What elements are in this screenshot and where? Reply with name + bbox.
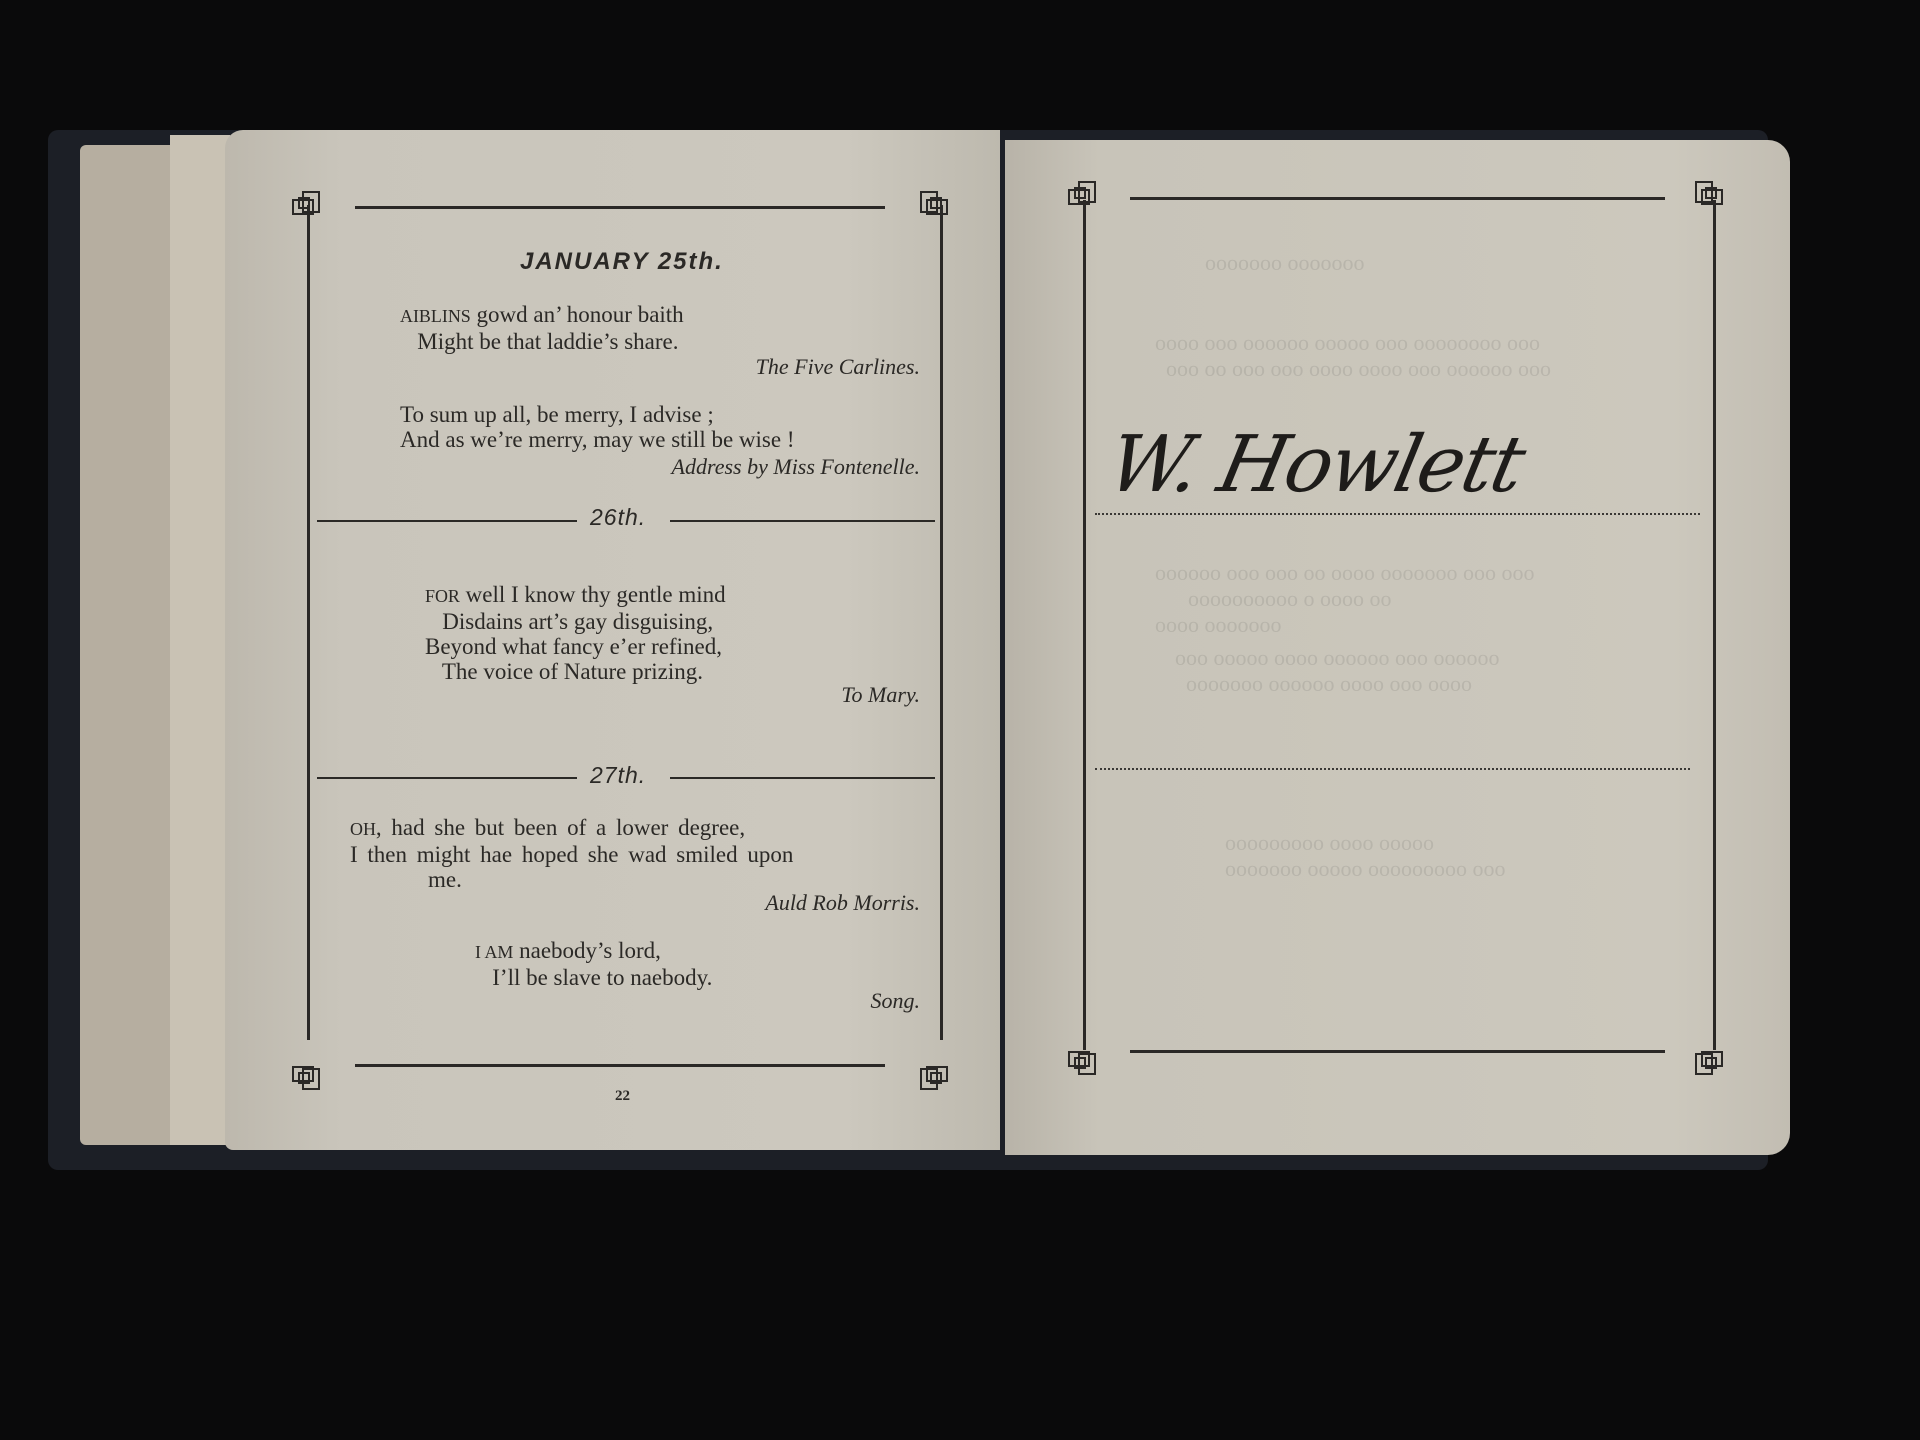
verse-line: To sum up all, be merry, I advise ; xyxy=(400,402,714,427)
section-divider xyxy=(670,520,935,522)
date-heading-26: 26th. xyxy=(590,504,646,531)
verse-line: well I know thy gentle mind xyxy=(460,582,726,607)
bleed-through-text: oooooo ooo ooo oo oooo ooooooo ooo ooo o… xyxy=(1155,560,1535,638)
citation: Address by Miss Fontenelle. xyxy=(672,454,920,480)
verse-line: Disdains art’s gay disguising, xyxy=(425,609,713,634)
corner-ornament-icon xyxy=(289,1045,335,1091)
verse-5: I am naebody’s lord, I’ll be slave to na… xyxy=(475,938,712,990)
verse-line: I then might hae hoped she wad smiled up… xyxy=(350,842,793,867)
corner-ornament-icon xyxy=(289,190,335,236)
corner-ornament-icon xyxy=(905,1045,951,1091)
verse-4: Oh, had she but been of a lower degree, … xyxy=(350,815,793,892)
small-caps-lead: For xyxy=(425,586,460,606)
page-edges-inner xyxy=(170,135,230,1145)
verse-line: And as we’re merry, may we still be wise… xyxy=(400,427,795,452)
corner-ornament-icon xyxy=(905,190,951,236)
signature-line xyxy=(1095,513,1700,515)
verse-line: The voice of Nature prizing. xyxy=(425,659,703,684)
citation: Auld Rob Morris. xyxy=(765,890,920,916)
verse-line: naebody’s lord, xyxy=(513,938,661,963)
corner-ornament-icon xyxy=(1065,180,1111,226)
corner-ornament-icon xyxy=(1680,1030,1726,1076)
handwritten-signature: W. Howlett xyxy=(1100,420,1531,510)
date-heading: JANUARY 25th. xyxy=(520,248,724,276)
right-page: ooooooo ooooooo oooo ooo oooooo ooooo oo… xyxy=(1005,140,1790,1155)
corner-ornament-icon xyxy=(1065,1030,1111,1076)
small-caps-lead: Aiblins xyxy=(400,306,471,326)
bleed-through-text: ooooooooo oooo ooooo ooooooo ooooo ooooo… xyxy=(1225,830,1506,882)
frame-bottom-rule xyxy=(355,1064,885,1067)
date-heading-27: 27th. xyxy=(590,762,646,789)
verse-line: gowd an’ honour baith xyxy=(471,302,684,327)
section-divider xyxy=(317,777,577,779)
verse-line: me. xyxy=(350,867,462,892)
citation: To Mary. xyxy=(841,682,920,708)
page-number: 22 xyxy=(615,1088,630,1105)
left-page: JANUARY 25th. Aiblins gowd an’ honour ba… xyxy=(225,130,1000,1150)
verse-line: Beyond what fancy e’er refined, xyxy=(425,634,722,659)
frame-top-rule xyxy=(355,206,885,209)
verse-line: Might be that laddie’s share. xyxy=(400,329,679,354)
small-caps-lead: Oh xyxy=(350,819,376,839)
verse-3: For well I know thy gentle mind Disdains… xyxy=(425,582,726,684)
citation: The Five Carlines. xyxy=(756,354,920,380)
verse-line: I’ll be slave to naebody. xyxy=(475,965,712,990)
blank-line xyxy=(1095,768,1690,770)
bleed-through-text: ooooooo ooooooo xyxy=(1205,250,1365,276)
citation: Song. xyxy=(871,988,921,1014)
section-divider xyxy=(670,777,935,779)
frame-top-rule xyxy=(1130,197,1665,200)
verse-1: Aiblins gowd an’ honour baith Might be t… xyxy=(400,302,684,354)
verse-line: , had she but been of a lower degree, xyxy=(376,815,745,840)
section-divider xyxy=(317,520,577,522)
bleed-through-text: oooo ooo oooooo ooooo ooo oooooooo ooo o… xyxy=(1155,330,1551,382)
corner-ornament-icon xyxy=(1680,180,1726,226)
small-caps-lead: I am xyxy=(475,942,513,962)
bleed-through-text: ooo ooooo oooo oooooo ooo oooooo ooooooo… xyxy=(1175,645,1500,697)
frame-bottom-rule xyxy=(1130,1050,1665,1053)
verse-2: To sum up all, be merry, I advise ; And … xyxy=(400,402,795,452)
